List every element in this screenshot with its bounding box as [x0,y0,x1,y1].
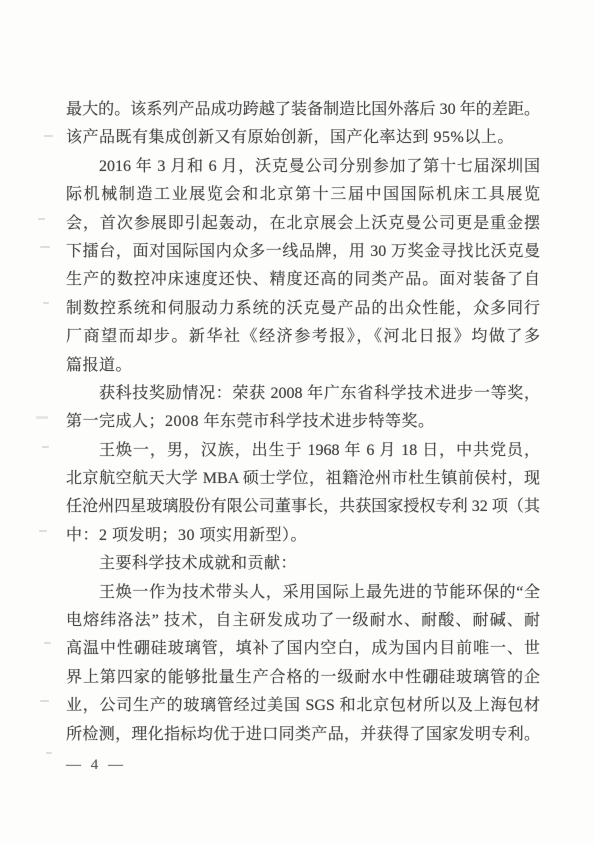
page-number: — 4 — [66,755,126,775]
text-line: 该产品既有集成创新又有原始创新，国产化率达到 95%以上。 [66,124,540,152]
text-line: 王焕一，男，汉族，出生于 1968 年 6 月 18 日，中共党员， [66,437,540,465]
text-line: 主要科学技术成就和贡献： [66,550,540,578]
text-line: 中：2 项发明；30 项实用新型）。 [66,522,540,550]
text-line: 厂商望而却步。新华社《经济参考报》，《河北日报》均做了多 [66,323,540,351]
text-line: 制数控系统和伺服动力系统的沃克曼产品的出众性能，众多同行 [66,295,540,323]
text-line: 会，首次参展即引起轰动，在北京展会上沃克曼公司更是重金摆 [66,210,540,238]
text-line: 第一完成人；2008 年东莞市科学技术进步特等奖。 [66,408,540,436]
text-line: 2016 年 3 月和 6 月，沃克曼公司分别参加了第十七届深圳国 [66,153,540,181]
text-line: 王焕一作为技术带头人，采用国际上最先进的节能环保的“全 [66,579,540,607]
text-line: 生产的数控冲床速度还快、精度还高的同类产品。面对装备了自 [66,266,540,294]
text-line: 篇报道。 [66,352,540,380]
text-line: 获科技奖励情况：荣获 2008 年广东省科学技术进步一等奖， [66,380,540,408]
text-line: 下擂台，面对国际国内众多一线品牌，用 30 万奖金寻找比沃克曼 [66,238,540,266]
text-line: 高温中性硼硅玻璃管，填补了国内空白，成为国内目前唯一、世 [66,635,540,663]
text-line: 最大的。该系列产品成功跨越了装备制造比国外落后 30 年的差距。 [66,96,540,124]
text-line: 界上第四家的能够批量生产合格的一级耐水中性硼硅玻璃管的企 [66,664,540,692]
text-line: 任沧州四星玻璃股份有限公司董事长，共获国家授权专利 32 项（其 [66,493,540,521]
text-line: 电熔纬洛法” 技术，自主研发成功了一级耐水、耐酸、耐碱、耐 [66,607,540,635]
text-line: 际机械制造工业展览会和北京第十三届中国国际机床工具展览 [66,181,540,209]
document-body: 最大的。该系列产品成功跨越了装备制造比国外落后 30 年的差距。 该产品既有集成… [66,96,540,749]
text-line: 所检测，理化指标均优于进口同类产品，并获得了国家发明专利。 [66,721,540,749]
text-line: 北京航空航天大学 MBA 硕士学位，祖籍沧州市杜生镇前侯村，现 [66,465,540,493]
text-line: 业，公司生产的玻璃管经过美国 SGS 和北京包材所以及上海包材 [66,692,540,720]
document-page: 最大的。该系列产品成功跨越了装备制造比国外落后 30 年的差距。 该产品既有集成… [0,0,595,843]
